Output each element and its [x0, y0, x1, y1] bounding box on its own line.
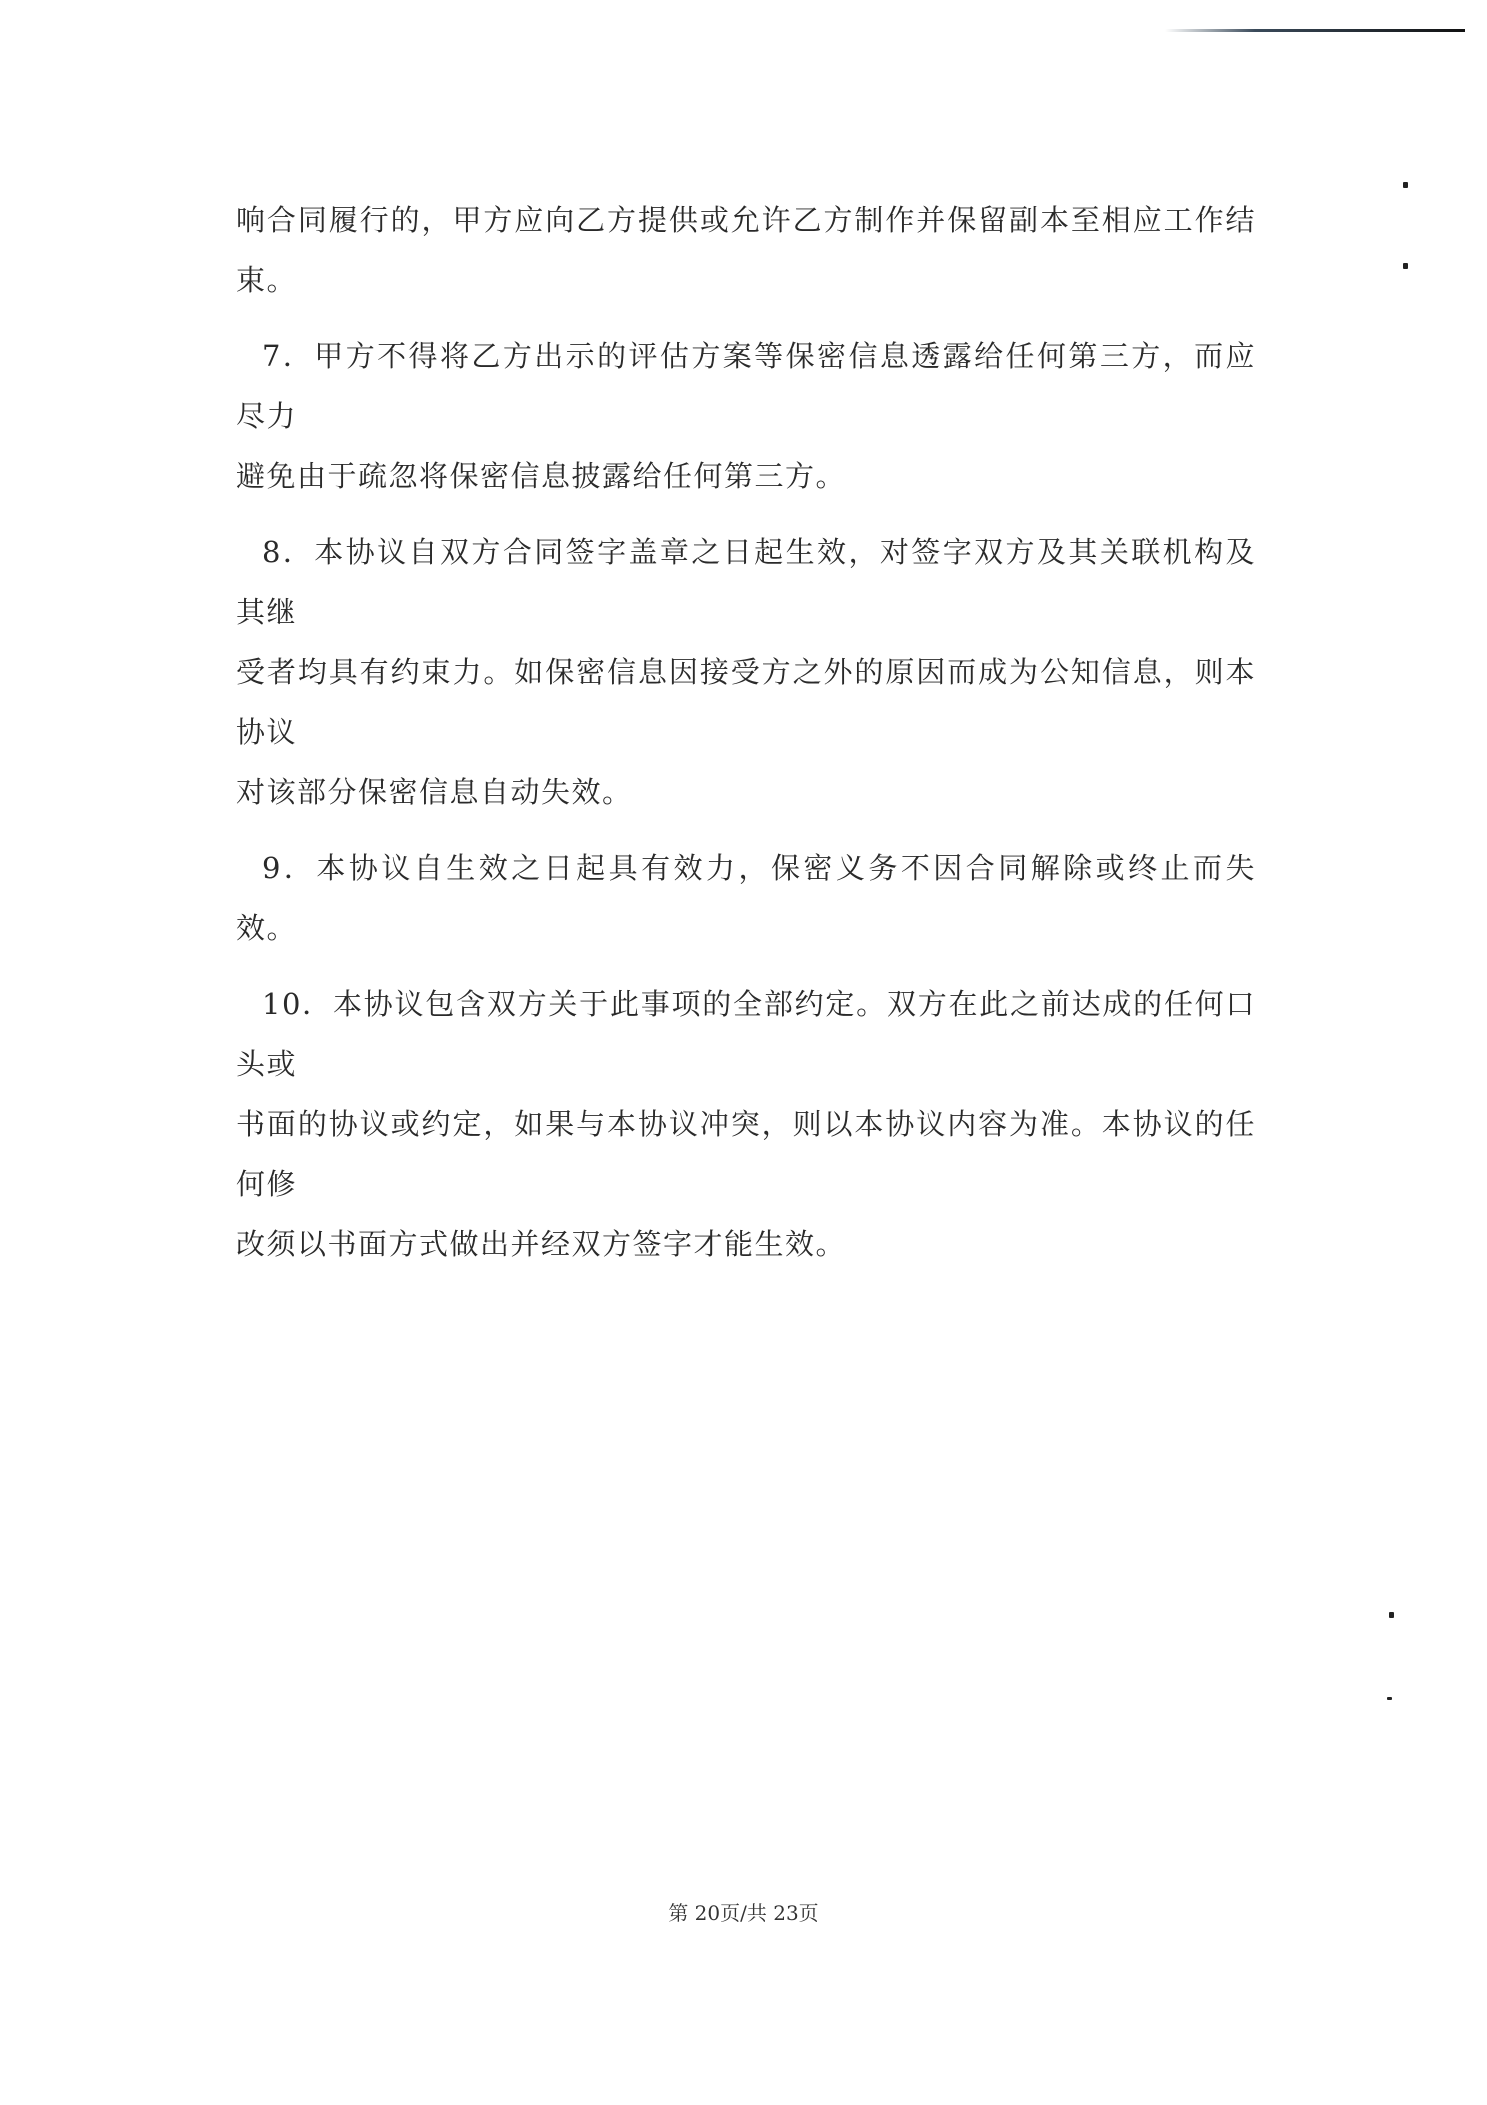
text-line: 响合同履行的，甲方应向乙方提供或允许乙方制作并保留副本至相应工作结束。	[236, 190, 1256, 310]
clause-10: 10．本协议包含双方关于此事项的全部约定。双方在此之前达成的任何口头或 书面的协…	[236, 974, 1256, 1274]
text-line: 9．本协议自生效之日起具有效力，保密义务不因合同解除或终止而失效。	[236, 838, 1256, 958]
text-line: 避免由于疏忽将保密信息披露给任何第三方。	[236, 446, 1256, 506]
scan-artifact-mark	[1389, 1612, 1394, 1618]
text-line: 书面的协议或约定，如果与本协议冲突，则以本协议内容为准。本协议的任何修	[236, 1094, 1256, 1214]
scan-artifact-mark	[1403, 182, 1408, 188]
clause-7: 7．甲方不得将乙方出示的评估方案等保密信息透露给任何第三方，而应尽力 避免由于疏…	[236, 326, 1256, 506]
paragraph-continuation: 响合同履行的，甲方应向乙方提供或允许乙方制作并保留副本至相应工作结束。	[236, 190, 1256, 310]
text-line: 对该部分保密信息自动失效。	[236, 762, 1256, 822]
clause-8: 8．本协议自双方合同签字盖章之日起生效，对签字双方及其关联机构及其继 受者均具有…	[236, 522, 1256, 822]
text-line: 10．本协议包含双方关于此事项的全部约定。双方在此之前达成的任何口头或	[236, 974, 1256, 1094]
document-body: 响合同履行的，甲方应向乙方提供或允许乙方制作并保留副本至相应工作结束。 7．甲方…	[236, 190, 1256, 1290]
text-line: 7．甲方不得将乙方出示的评估方案等保密信息透露给任何第三方，而应尽力	[236, 326, 1256, 446]
text-line: 受者均具有约束力。如保密信息因接受方之外的原因而成为公知信息，则本协议	[236, 642, 1256, 762]
scan-artifact-mark	[1387, 1697, 1392, 1700]
header-rule	[1165, 29, 1465, 32]
clause-9: 9．本协议自生效之日起具有效力，保密义务不因合同解除或终止而失效。	[236, 838, 1256, 958]
scan-artifact-mark	[1403, 263, 1408, 269]
page-number-footer: 第 20页/共 23页	[0, 1897, 1487, 1926]
text-line: 8．本协议自双方合同签字盖章之日起生效，对签字双方及其关联机构及其继	[236, 522, 1256, 642]
text-line: 改须以书面方式做出并经双方签字才能生效。	[236, 1214, 1256, 1274]
